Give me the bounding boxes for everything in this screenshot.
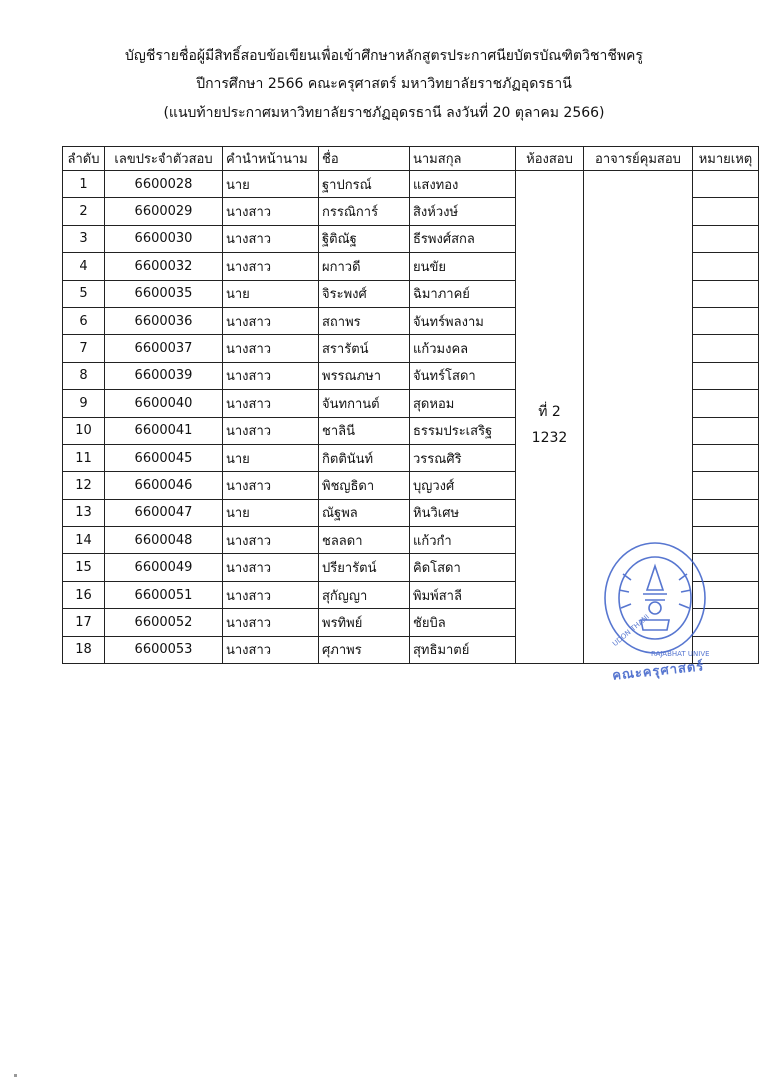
cell-note xyxy=(693,527,759,554)
cell-no: 17 xyxy=(63,609,105,636)
cell-exam-id: 6600051 xyxy=(105,581,223,608)
cell-prefix: นางสาว xyxy=(223,554,319,581)
cell-prefix: นางสาว xyxy=(223,390,319,417)
cell-prefix: นางสาว xyxy=(223,225,319,252)
cell-exam-id: 6600035 xyxy=(105,280,223,307)
cell-note xyxy=(693,609,759,636)
cell-prefix: นาย xyxy=(223,171,319,198)
cell-exam-id: 6600049 xyxy=(105,554,223,581)
cell-first-name: พรรณภษา xyxy=(319,362,410,389)
cell-prefix: นางสาว xyxy=(223,472,319,499)
header-exam-id: เลขประจำตัวสอบ xyxy=(105,147,223,171)
cell-note xyxy=(693,280,759,307)
document-title-line-2: ปีการศึกษา 2566 คณะครุศาสตร์ มหาวิทยาลัย… xyxy=(0,74,768,94)
cell-note xyxy=(693,171,759,198)
cell-exam-id: 6600047 xyxy=(105,499,223,526)
cell-note xyxy=(693,472,759,499)
cell-no: 18 xyxy=(63,636,105,663)
cell-first-name: พิชญธิดา xyxy=(319,472,410,499)
cell-exam-id: 6600036 xyxy=(105,307,223,334)
cell-first-name: กิตตินันท์ xyxy=(319,444,410,471)
cell-no: 14 xyxy=(63,527,105,554)
cell-note xyxy=(693,417,759,444)
header-prefix: คำนำหน้านาม xyxy=(223,147,319,171)
room-label: ที่ 2 xyxy=(519,399,580,425)
cell-prefix: นางสาว xyxy=(223,198,319,225)
cell-first-name: สรารัตน์ xyxy=(319,335,410,362)
cell-exam-id: 6600052 xyxy=(105,609,223,636)
cell-exam-id: 6600032 xyxy=(105,253,223,280)
cell-last-name: จันทร์พลงาม xyxy=(410,307,516,334)
cell-first-name: ปรียารัตน์ xyxy=(319,554,410,581)
cell-exam-id: 6600030 xyxy=(105,225,223,252)
cell-first-name: จิระพงศ์ xyxy=(319,280,410,307)
cell-no: 4 xyxy=(63,253,105,280)
cell-note xyxy=(693,198,759,225)
cell-note xyxy=(693,444,759,471)
header-first-name: ชื่อ xyxy=(319,147,410,171)
cell-first-name: ฐาปกรณ์ xyxy=(319,171,410,198)
cell-first-name: สถาพร xyxy=(319,307,410,334)
table-row: 16600028นายฐาปกรณ์แสงทองที่ 21232 xyxy=(63,171,759,198)
header-proctor: อาจารย์คุมสอบ xyxy=(584,147,693,171)
cell-first-name: ผกาวดี xyxy=(319,253,410,280)
cell-exam-id: 6600040 xyxy=(105,390,223,417)
document-title-line-1: บัญชีรายชื่อผู้มีสิทธิ์สอบข้อเขียนเพื่อเ… xyxy=(0,46,768,66)
cell-no: 8 xyxy=(63,362,105,389)
cell-exam-id: 6600039 xyxy=(105,362,223,389)
cell-last-name: แก้วกำ xyxy=(410,527,516,554)
cell-first-name: กรรณิการ์ xyxy=(319,198,410,225)
cell-exam-id: 6600041 xyxy=(105,417,223,444)
cell-last-name: ธรรมประเสริฐ xyxy=(410,417,516,444)
cell-no: 15 xyxy=(63,554,105,581)
cell-prefix: นางสาว xyxy=(223,253,319,280)
cell-no: 7 xyxy=(63,335,105,362)
cell-prefix: นางสาว xyxy=(223,307,319,334)
cell-last-name: ชัยบิล xyxy=(410,609,516,636)
cell-last-name: หินวิเศษ xyxy=(410,499,516,526)
header-room: ห้องสอบ xyxy=(516,147,584,171)
cell-last-name: ยนขัย xyxy=(410,253,516,280)
cell-no: 11 xyxy=(63,444,105,471)
cell-last-name: จันทร์โสดา xyxy=(410,362,516,389)
scan-mark xyxy=(14,1074,17,1077)
cell-note xyxy=(693,581,759,608)
cell-first-name: ศุภาพร xyxy=(319,636,410,663)
document-title-line-3: (แนบท้ายประกาศมหาวิทยาลัยราชภัฏอุดรธานี … xyxy=(0,103,768,123)
cell-last-name: ธีรพงศ์สกล xyxy=(410,225,516,252)
cell-last-name: พิมพ์สาลี xyxy=(410,581,516,608)
cell-prefix: นาย xyxy=(223,280,319,307)
table-header-row: ลำดับ เลขประจำตัวสอบ คำนำหน้านาม ชื่อ นา… xyxy=(63,147,759,171)
cell-last-name: ฉิมาภาคย์ xyxy=(410,280,516,307)
header-no: ลำดับ xyxy=(63,147,105,171)
cell-last-name: สิงห์วงษ์ xyxy=(410,198,516,225)
cell-no: 6 xyxy=(63,307,105,334)
cell-last-name: วรรณศิริ xyxy=(410,444,516,471)
cell-no: 16 xyxy=(63,581,105,608)
cell-note xyxy=(693,362,759,389)
room-number: 1232 xyxy=(519,425,580,451)
cell-note xyxy=(693,225,759,252)
cell-last-name: สุดหอม xyxy=(410,390,516,417)
cell-room: ที่ 21232 xyxy=(516,171,584,664)
cell-last-name: บุญวงศ์ xyxy=(410,472,516,499)
cell-prefix: นางสาว xyxy=(223,609,319,636)
cell-note xyxy=(693,253,759,280)
cell-no: 2 xyxy=(63,198,105,225)
cell-note xyxy=(693,499,759,526)
cell-exam-id: 6600037 xyxy=(105,335,223,362)
candidate-table: ลำดับ เลขประจำตัวสอบ คำนำหน้านาม ชื่อ นา… xyxy=(62,146,759,664)
cell-proctor xyxy=(584,171,693,664)
cell-exam-id: 6600053 xyxy=(105,636,223,663)
cell-first-name: สุกัญญา xyxy=(319,581,410,608)
cell-first-name: พรทิพย์ xyxy=(319,609,410,636)
cell-prefix: นางสาว xyxy=(223,636,319,663)
cell-no: 3 xyxy=(63,225,105,252)
cell-first-name: ชาลินี xyxy=(319,417,410,444)
cell-first-name: ฐิติณัฐ xyxy=(319,225,410,252)
cell-exam-id: 6600046 xyxy=(105,472,223,499)
header-note: หมายเหตุ xyxy=(693,147,759,171)
cell-no: 10 xyxy=(63,417,105,444)
cell-exam-id: 6600029 xyxy=(105,198,223,225)
cell-last-name: คิดโสดา xyxy=(410,554,516,581)
cell-prefix: นางสาว xyxy=(223,335,319,362)
cell-last-name: แก้วมงคล xyxy=(410,335,516,362)
cell-prefix: นาย xyxy=(223,444,319,471)
cell-no: 5 xyxy=(63,280,105,307)
cell-note xyxy=(693,554,759,581)
cell-no: 9 xyxy=(63,390,105,417)
cell-last-name: สุทธิมาตย์ xyxy=(410,636,516,663)
cell-note xyxy=(693,390,759,417)
cell-prefix: นาย xyxy=(223,499,319,526)
cell-exam-id: 6600045 xyxy=(105,444,223,471)
cell-prefix: นางสาว xyxy=(223,362,319,389)
cell-prefix: นางสาว xyxy=(223,527,319,554)
cell-last-name: แสงทอง xyxy=(410,171,516,198)
cell-no: 13 xyxy=(63,499,105,526)
cell-note xyxy=(693,335,759,362)
cell-no: 12 xyxy=(63,472,105,499)
cell-exam-id: 6600048 xyxy=(105,527,223,554)
cell-first-name: ชลลดา xyxy=(319,527,410,554)
cell-prefix: นางสาว xyxy=(223,581,319,608)
cell-first-name: ณัฐพล xyxy=(319,499,410,526)
cell-first-name: จันทกานต์ xyxy=(319,390,410,417)
cell-prefix: นางสาว xyxy=(223,417,319,444)
cell-note xyxy=(693,307,759,334)
cell-no: 1 xyxy=(63,171,105,198)
header-last-name: นามสกุล xyxy=(410,147,516,171)
cell-exam-id: 6600028 xyxy=(105,171,223,198)
